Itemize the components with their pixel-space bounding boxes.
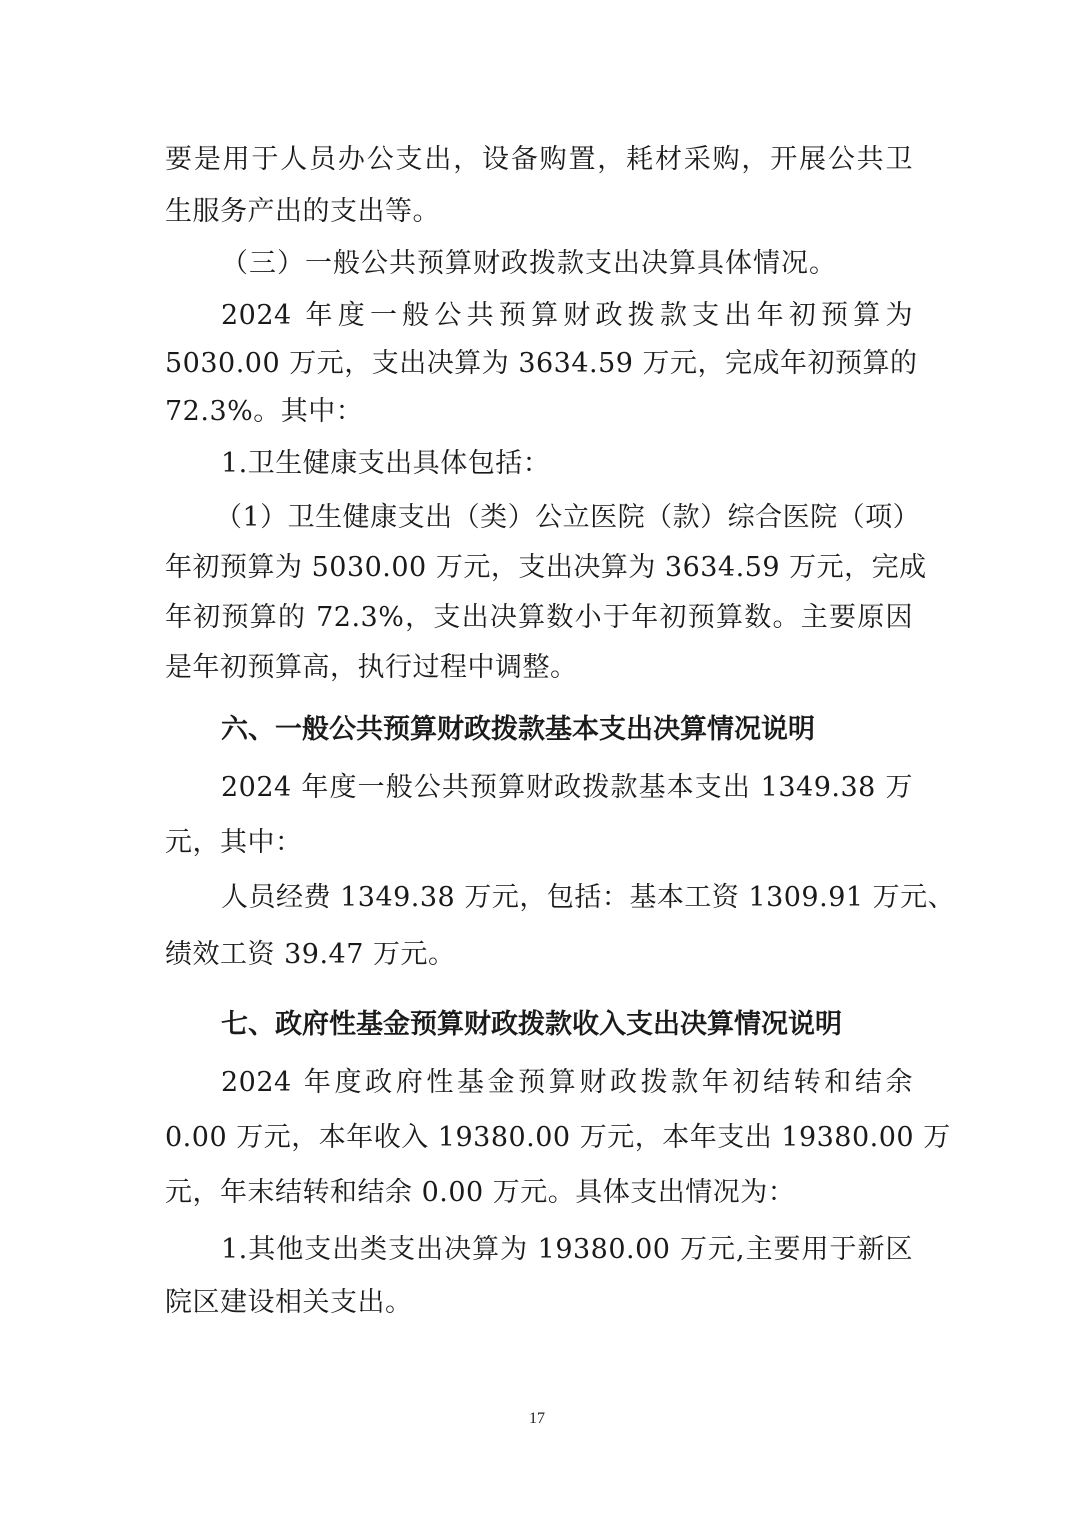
section-heading: 六、一般公共预算财政拨款基本支出决算情况说明 — [221, 712, 913, 748]
paragraph-line: 元，其中： — [165, 825, 913, 861]
paragraph-line: 是年初预算高，执行过程中调整。 — [165, 650, 913, 686]
page-number: 17 — [0, 1410, 1074, 1428]
paragraph-line: 0.00 万元，本年收入 19380.00 万元，本年支出 19380.00 万 — [165, 1120, 913, 1156]
paragraph-line: 绩效工资 39.47 万元。 — [165, 937, 913, 973]
list-item-title: 1.卫生健康支出具体包括： — [221, 446, 913, 482]
paragraph-line: 5030.00 万元，支出决算为 3634.59 万元，完成年初预算的 — [165, 346, 913, 382]
paragraph-line: （1）卫生健康支出（类）公立医院（款）综合医院（项） — [215, 500, 913, 536]
section-heading: 七、政府性基金预算财政拨款收入支出决算情况说明 — [221, 1007, 913, 1043]
paragraph-line: 元，年末结转和结余 0.00 万元。具体支出情况为： — [165, 1175, 913, 1211]
paragraph-line: 年初预算为 5030.00 万元，支出决算为 3634.59 万元，完成 — [165, 550, 913, 586]
paragraph-line: 要是用于人员办公支出，设备购置，耗材采购，开展公共卫 — [165, 142, 913, 178]
paragraph-line: 1.其他支出类支出决算为 19380.00 万元,主要用于新区 — [221, 1232, 913, 1268]
paragraph-line: 2024 年度一般公共预算财政拨款基本支出 1349.38 万 — [221, 770, 913, 806]
paragraph-line: 年初预算的 72.3%，支出决算数小于年初预算数。主要原因 — [165, 600, 913, 636]
paragraph-line: 生服务产出的支出等。 — [165, 194, 913, 230]
paragraph-line: 院区建设相关支出。 — [165, 1285, 913, 1321]
paragraph-line: 2024 年度政府性基金预算财政拨款年初结转和结余 — [221, 1065, 913, 1101]
document-page: 要是用于人员办公支出，设备购置，耗材采购，开展公共卫 生服务产出的支出等。 （三… — [0, 0, 1074, 1520]
paragraph-line: 2024 年度一般公共预算财政拨款支出年初预算为 — [221, 298, 913, 334]
paragraph-line: 72.3%。其中： — [165, 394, 913, 430]
paragraph-line: 人员经费 1349.38 万元，包括：基本工资 1309.91 万元、 — [221, 880, 913, 916]
subsection-heading: （三）一般公共预算财政拨款支出决算具体情况。 — [221, 246, 913, 282]
